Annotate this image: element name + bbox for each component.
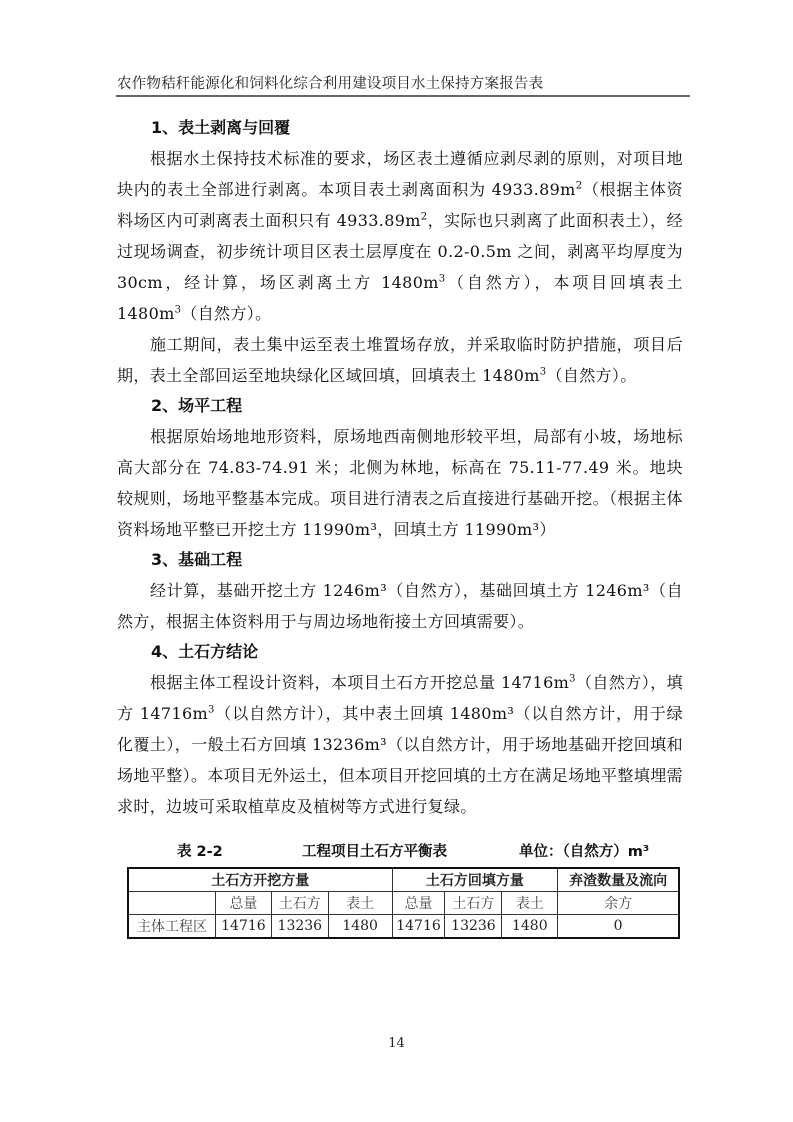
document-header-title: 农作物秸秆能源化和饲料化综合利用建设项目水土保持方案报告表 [117, 72, 543, 93]
section-heading-foundation: 3、基础工程 [117, 545, 683, 575]
sub-header-backfill-topsoil: 表土 [502, 892, 558, 915]
earthwork-balance-table: 土石方开挖方量 土石方回填方量 弃渣数量及流向 总量 土石方 表土 总量 土石方… [127, 867, 680, 939]
table-unit: 单位：（自然方）m³ [519, 840, 649, 861]
cell-backfill-total: 14716 [392, 915, 445, 939]
sub-header-backfill-earth: 土石方 [445, 892, 502, 915]
cell-area: 主体工程区 [128, 915, 215, 939]
superscript: 3 [540, 367, 547, 378]
text-run: 根据主体工程设计资料，本项目土石方开挖总量 14716m [150, 673, 569, 692]
cell-excavation-earth: 13236 [271, 915, 328, 939]
group-header-spoil: 弃渣数量及流向 [558, 868, 679, 892]
cell-backfill-earth: 13236 [445, 915, 502, 939]
paragraph-topsoil-1: 根据水土保持技术标准的要求，场区表土遵循应剥尽剥的原则，对项目地块内的表土全部进… [117, 143, 683, 329]
cell-excavation-topsoil: 1480 [328, 915, 392, 939]
sub-header-excavation-topsoil: 表土 [328, 892, 392, 915]
text-run: （自然方）。 [181, 304, 271, 323]
cell-backfill-topsoil: 1480 [502, 915, 558, 939]
header-divider [116, 95, 690, 97]
paragraph-topsoil-2: 施工期间，表土集中运至表土堆置场存放，并采取临时防护措施，项目后期，表土全部回运… [117, 329, 683, 391]
superscript: 3 [208, 705, 215, 716]
section-heading-site-leveling: 2、场平工程 [117, 391, 683, 421]
paragraph-site-leveling: 根据原始场地地形资料，原场地西南侧地形较平坦，局部有小坡，场地标高大部分在 74… [117, 421, 683, 545]
group-header-backfill: 土石方回填方量 [392, 868, 558, 892]
section-heading-topsoil: 1、表土剥离与回覆 [117, 113, 683, 143]
table-row: 主体工程区 14716 13236 1480 14716 13236 1480 … [128, 915, 679, 939]
superscript: 2 [421, 212, 428, 223]
sub-header-excavation-total: 总量 [215, 892, 271, 915]
sub-header-surplus: 余方 [558, 892, 679, 915]
page-number: 14 [0, 1036, 793, 1051]
table-caption: 表 2-2 工程项目土石方平衡表 单位：（自然方）m³ [127, 840, 680, 862]
text-run: （自然方）。 [547, 366, 637, 385]
section-heading-earthwork-conclusion: 4、土石方结论 [117, 637, 683, 667]
table-number: 表 2-2 [177, 840, 223, 861]
cell-surplus: 0 [558, 915, 679, 939]
cell-excavation-total: 14716 [215, 915, 271, 939]
paragraph-earthwork-conclusion: 根据主体工程设计资料，本项目土石方开挖总量 14716m3（自然方），填方 14… [117, 667, 683, 822]
table-title: 工程项目土石方平衡表 [302, 840, 447, 861]
table-sub-header-row: 总量 土石方 表土 总量 土石方 表土 余方 [128, 892, 679, 915]
superscript: 3 [569, 674, 576, 685]
paragraph-foundation: 经计算，基础开挖土方 1246m³（自然方），基础回填土方 1246m³（自然方… [117, 575, 683, 637]
group-header-excavation: 土石方开挖方量 [128, 868, 392, 892]
document-body: 1、表土剥离与回覆 根据水土保持技术标准的要求，场区表土遵循应剥尽剥的原则，对项… [117, 113, 683, 822]
sub-header-empty [128, 892, 215, 915]
sub-header-excavation-earth: 土石方 [271, 892, 328, 915]
table-group-header-row: 土石方开挖方量 土石方回填方量 弃渣数量及流向 [128, 868, 679, 892]
sub-header-backfill-total: 总量 [392, 892, 445, 915]
